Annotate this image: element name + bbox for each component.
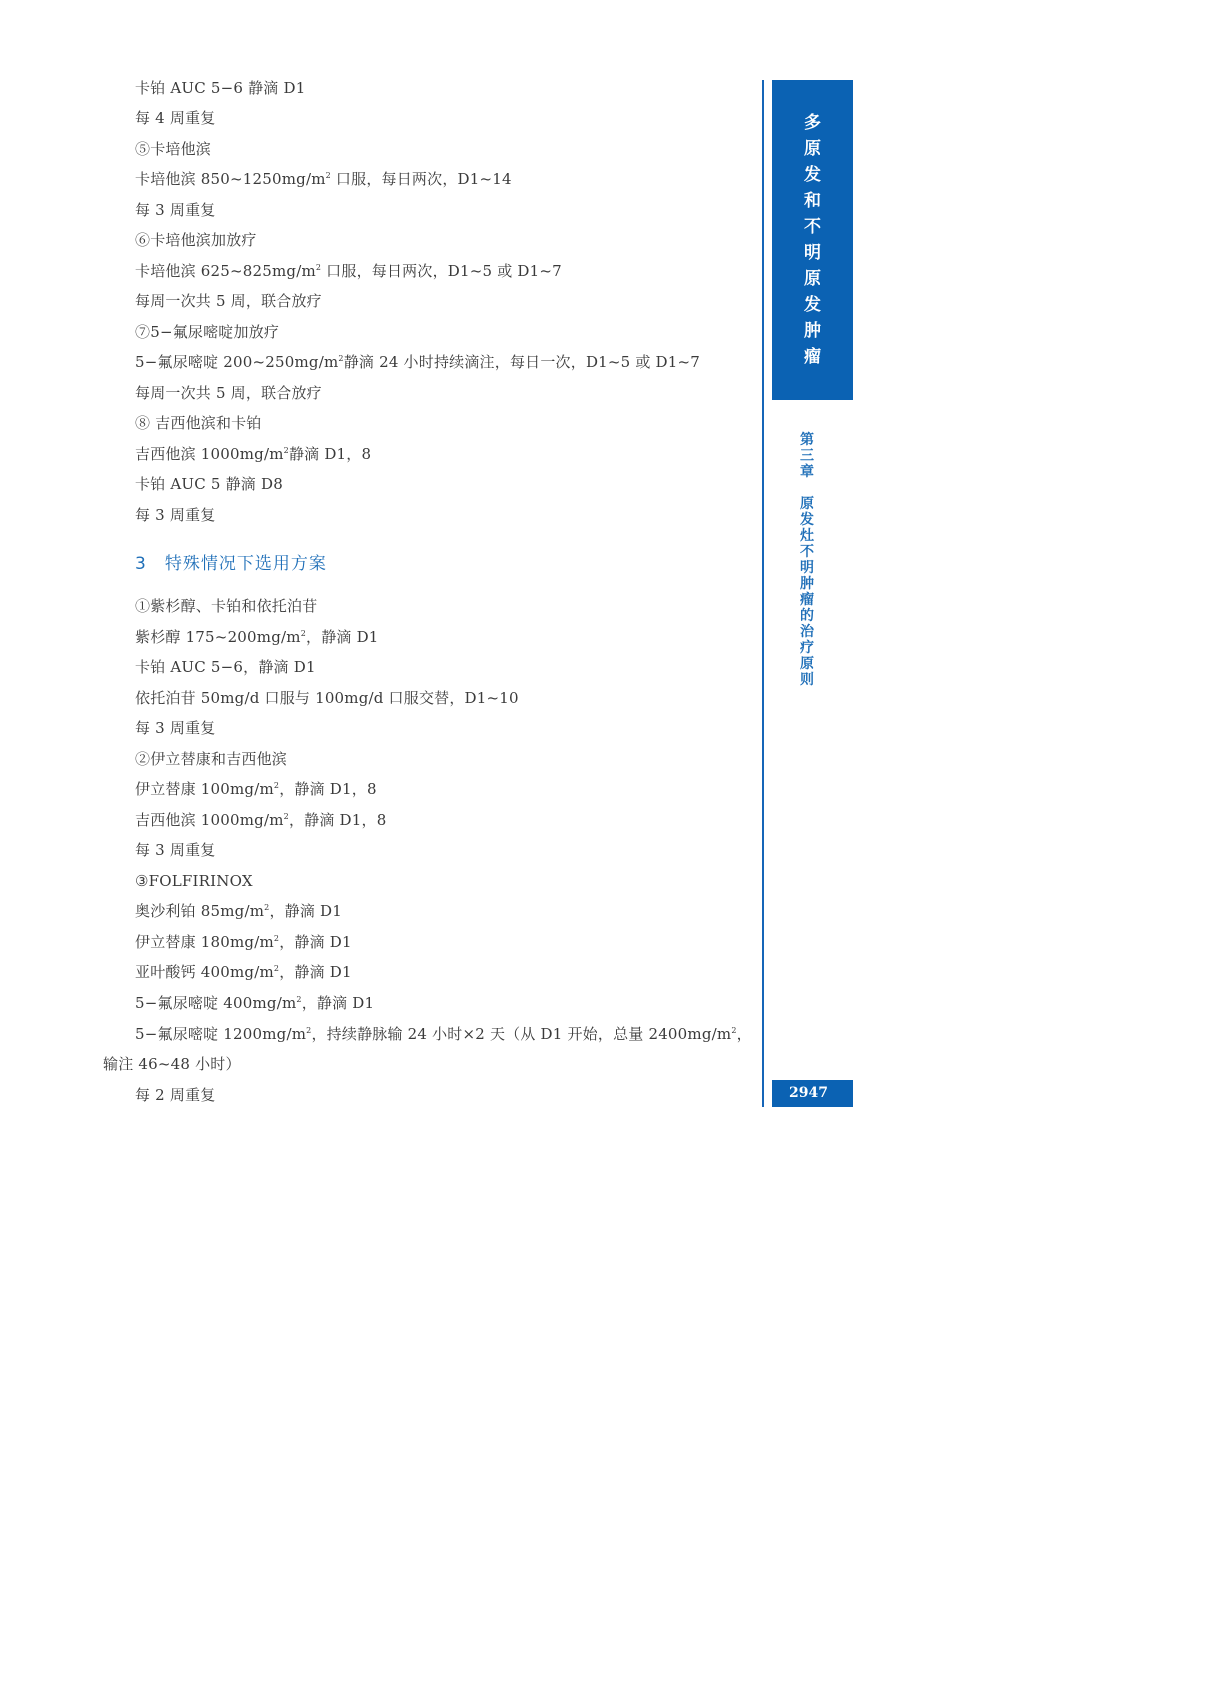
line-text: ，静滴 D1 (306, 628, 379, 646)
text-line: 5−氟尿嘧啶 200~250mg/m2静滴 24 小时持续滴注，每日一次，D1~… (135, 352, 700, 372)
line-text: 5−氟尿嘧啶 400mg/m (135, 994, 296, 1012)
chapter-char: 第 (796, 432, 818, 448)
line-text: 卡铂 AUC 5−6，静滴 D1 (135, 658, 316, 676)
chapter-char: 疗 (796, 640, 818, 656)
text-line: 卡铂 AUC 5−6 静滴 D1 (135, 78, 305, 98)
regimen-title: ⑤卡培他滨 (135, 139, 211, 159)
regimen-title: ①紫杉醇、卡铂和依托泊苷 (135, 596, 317, 616)
chapter-gap (796, 480, 818, 496)
line-text: 每 2 周重复 (135, 1086, 215, 1104)
line-text: ，持续静脉输 24 小时×2 天（从 D1 开始，总量 2400mg/m (311, 1025, 731, 1043)
line-text: ，静滴 D1 (269, 902, 342, 920)
part-title: 多 原 发 和 不 明 原 发 肿 瘤 (772, 110, 853, 370)
line-text: 每周一次共 5 周，联合放疗 (135, 292, 322, 310)
text-line: 卡培他滨 625~825mg/m2 口服，每日两次，D1~5 或 D1~7 (135, 261, 562, 281)
page-number-box: 2947 (772, 1080, 853, 1107)
chapter-char: 肿 (796, 576, 818, 592)
line-text: ②伊立替康和吉西他滨 (135, 750, 287, 768)
text-line: 紫杉醇 175~200mg/m2，静滴 D1 (135, 627, 379, 647)
line-text: ⑥卡培他滨加放疗 (135, 231, 257, 249)
part-title-band: 多 原 发 和 不 明 原 发 肿 瘤 (772, 80, 853, 400)
line-text: 卡培他滨 850~1250mg/m (135, 170, 326, 188)
line-text: ，静滴 D1 (302, 994, 375, 1012)
line-text: 每 4 周重复 (135, 109, 215, 127)
regimen-title: ⑥卡培他滨加放疗 (135, 230, 257, 250)
chapter-char: 则 (796, 672, 818, 688)
chapter-char: 明 (796, 560, 818, 576)
chapter-char: 章 (796, 464, 818, 480)
title-char: 瘤 (772, 344, 853, 370)
text-line: 吉西他滨 1000mg/m2，静滴 D1，8 (135, 810, 386, 830)
text-line: 每 4 周重复 (135, 108, 215, 128)
text-line: 5−氟尿嘧啶 400mg/m2，静滴 D1 (135, 993, 374, 1013)
chapter-char: 瘤 (796, 592, 818, 608)
text-line: 每周一次共 5 周，联合放疗 (135, 291, 322, 311)
line-text: 亚叶酸钙 400mg/m (135, 963, 274, 981)
chapter-char: 治 (796, 624, 818, 640)
line-text: 吉西他滨 1000mg/m (135, 445, 284, 463)
text-line: 亚叶酸钙 400mg/m2，静滴 D1 (135, 962, 352, 982)
line-text: 口服，每日两次，D1~5 或 D1~7 (321, 262, 562, 280)
line-text: 每 3 周重复 (135, 719, 215, 737)
title-char: 发 (772, 292, 853, 318)
line-text: 卡铂 AUC 5 静滴 D8 (135, 475, 283, 493)
line-text: 静滴 24 小时持续滴注，每日一次，D1~5 或 D1~7 (344, 353, 700, 371)
line-text: ⑤卡培他滨 (135, 140, 211, 158)
chapter-label: 第 三 章 原 发 灶 不 明 肿 瘤 的 治 疗 原 则 (796, 432, 818, 688)
chapter-char: 的 (796, 608, 818, 624)
regimen-title: ⑦5−氟尿嘧啶加放疗 (135, 322, 279, 342)
text-line: 每周一次共 5 周，联合放疗 (135, 383, 322, 403)
line-text: 5−氟尿嘧啶 1200mg/m (135, 1025, 306, 1043)
line-text: 卡培他滨 625~825mg/m (135, 262, 316, 280)
line-text: ，静滴 D1 (279, 963, 352, 981)
line-text: 依托泊苷 50mg/d 口服与 100mg/d 口服交替，D1~10 (135, 689, 519, 707)
chapter-char: 三 (796, 448, 818, 464)
line-text: 奥沙利铂 85mg/m (135, 902, 264, 920)
title-char: 发 (772, 162, 853, 188)
text-line: 每 2 周重复 (135, 1085, 215, 1105)
text-line: 依托泊苷 50mg/d 口服与 100mg/d 口服交替，D1~10 (135, 688, 519, 708)
line-text: 静滴 D1，8 (289, 445, 371, 463)
line-text: 5−氟尿嘧啶 200~250mg/m (135, 353, 338, 371)
text-line: 5−氟尿嘧啶 1200mg/m2，持续静脉输 24 小时×2 天（从 D1 开始… (135, 1024, 752, 1044)
text-line: 每 3 周重复 (135, 718, 215, 738)
line-text: ①紫杉醇、卡铂和依托泊苷 (135, 597, 317, 615)
chapter-char: 不 (796, 544, 818, 560)
line-text: 口服，每日两次，D1~14 (331, 170, 512, 188)
text-line-continuation: 输注 46~48 小时） (103, 1054, 241, 1074)
regimen-title: ⑧ 吉西他滨和卡铂 (135, 413, 262, 433)
line-text: ⑦5−氟尿嘧啶加放疗 (135, 323, 279, 341)
page-number: 2947 (789, 1085, 828, 1101)
text-line: 卡铂 AUC 5 静滴 D8 (135, 474, 283, 494)
line-text: 每 3 周重复 (135, 841, 215, 859)
title-char: 明 (772, 240, 853, 266)
text-line: 每 3 周重复 (135, 505, 215, 525)
title-char: 和 (772, 188, 853, 214)
text-line: 伊立替康 100mg/m2，静滴 D1，8 (135, 779, 377, 799)
line-text: 伊立替康 100mg/m (135, 780, 274, 798)
line-text: 伊立替康 180mg/m (135, 933, 274, 951)
text-line: 每 3 周重复 (135, 200, 215, 220)
section-title: 特殊情况下选用方案 (165, 554, 327, 574)
chapter-char: 原 (796, 656, 818, 672)
margin-rule (762, 80, 764, 1107)
chapter-char: 灶 (796, 528, 818, 544)
line-text: 每周一次共 5 周，联合放疗 (135, 384, 322, 402)
title-char: 原 (772, 266, 853, 292)
regimen-title: ③FOLFIRINOX (135, 871, 253, 891)
line-text: 卡铂 AUC 5−6 静滴 D1 (135, 79, 305, 97)
line-text: ⑧ 吉西他滨和卡铂 (135, 414, 262, 432)
text-line: 吉西他滨 1000mg/m2静滴 D1，8 (135, 444, 371, 464)
section-heading: 3特殊情况下选用方案 (135, 549, 327, 574)
section-number: 3 (135, 554, 147, 574)
regimen-title: ②伊立替康和吉西他滨 (135, 749, 287, 769)
chapter-char: 发 (796, 512, 818, 528)
line-text: ，静滴 D1 (279, 933, 352, 951)
line-text: 输注 46~48 小时） (103, 1055, 241, 1073)
title-char: 多 (772, 110, 853, 136)
line-text: 每 3 周重复 (135, 201, 215, 219)
title-char: 肿 (772, 318, 853, 344)
line-text: 每 3 周重复 (135, 506, 215, 524)
line-text: ，静滴 D1，8 (289, 811, 386, 829)
title-char: 原 (772, 136, 853, 162)
text-line: 奥沙利铂 85mg/m2，静滴 D1 (135, 901, 342, 921)
title-char: 不 (772, 214, 853, 240)
line-text: ③FOLFIRINOX (135, 872, 253, 890)
line-text: ，静滴 D1，8 (279, 780, 376, 798)
line-text: 吉西他滨 1000mg/m (135, 811, 284, 829)
text-line: 卡培他滨 850~1250mg/m2 口服，每日两次，D1~14 (135, 169, 512, 189)
text-line: 卡铂 AUC 5−6，静滴 D1 (135, 657, 316, 677)
chapter-char: 原 (796, 496, 818, 512)
line-text: ， (737, 1025, 752, 1043)
line-text: 紫杉醇 175~200mg/m (135, 628, 301, 646)
text-line: 伊立替康 180mg/m2，静滴 D1 (135, 932, 352, 952)
text-line: 每 3 周重复 (135, 840, 215, 860)
